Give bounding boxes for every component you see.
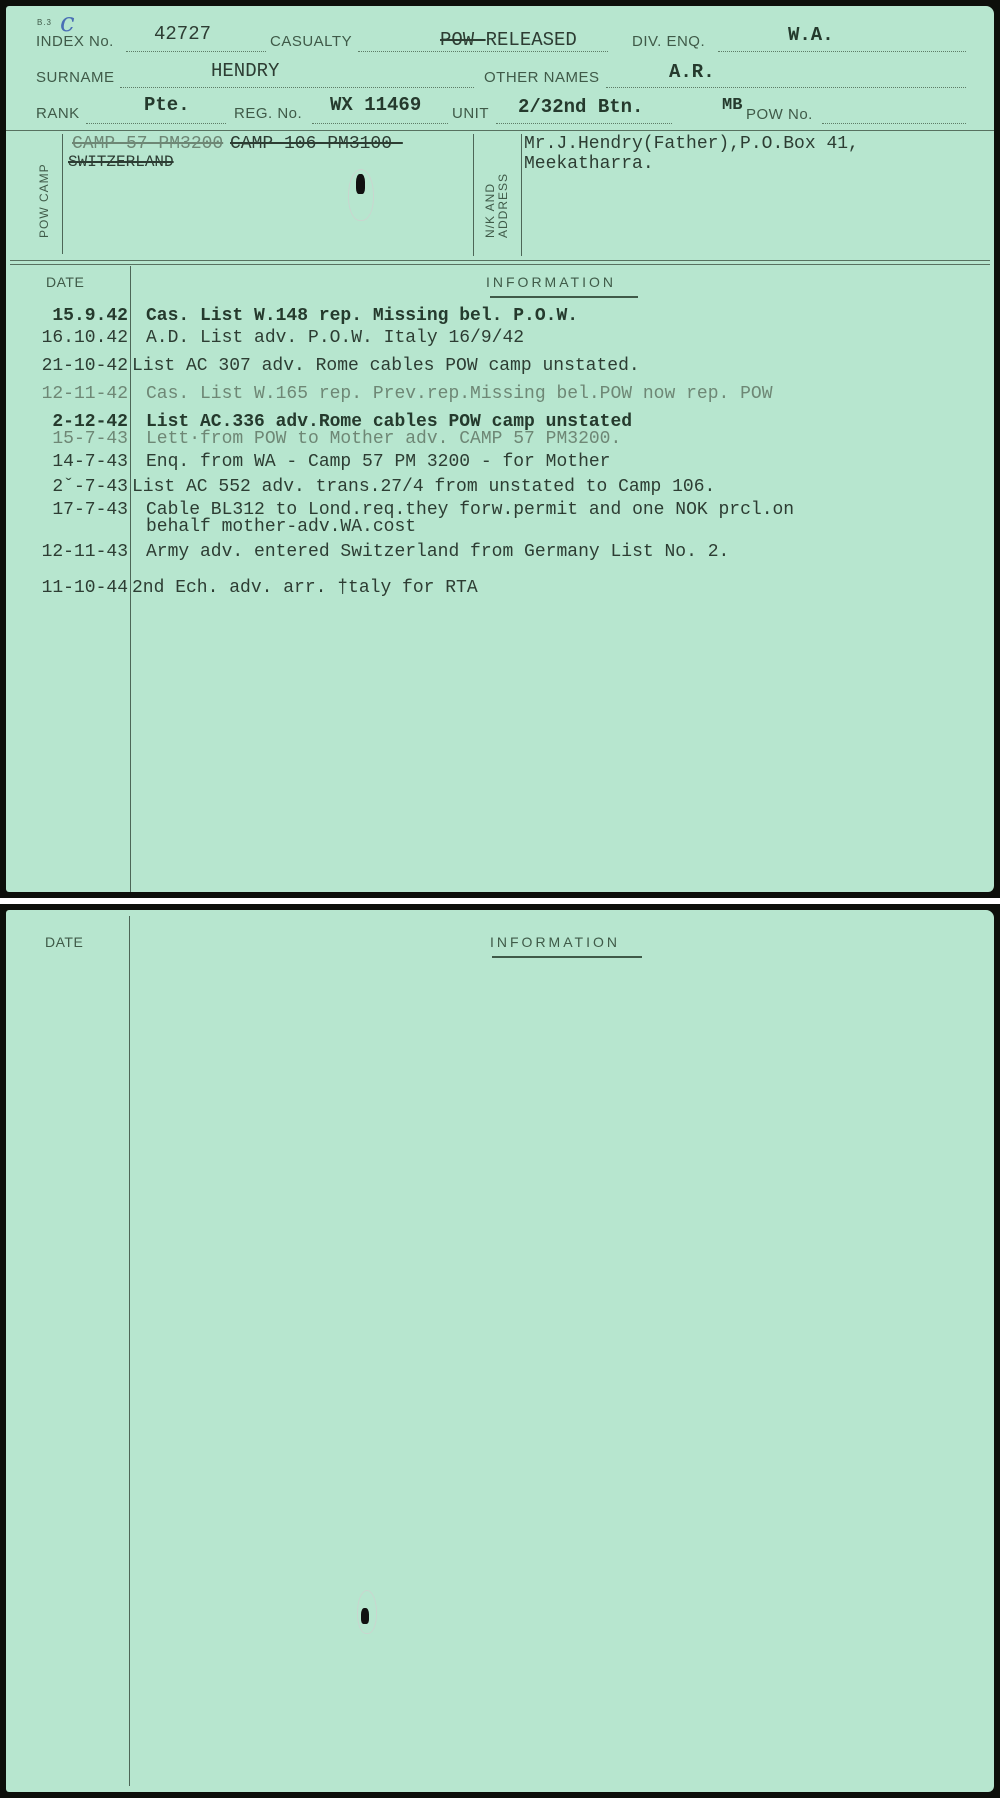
unit-line <box>496 123 672 124</box>
punch-hole <box>356 174 365 194</box>
rank-value: Pte. <box>144 94 190 116</box>
date-header: DATE <box>46 274 84 290</box>
back-punch-hole <box>361 1608 369 1624</box>
rank-line <box>86 123 226 124</box>
casualty-struck-value: POW- <box>440 29 486 51</box>
information-header: INFORMATION <box>486 274 616 290</box>
index-no-label: INDEX No. <box>36 33 114 50</box>
log-entry-date: 15.9.42 <box>6 306 128 326</box>
log-entry-date: 2ˇ-7-43 <box>6 477 128 497</box>
pow-camp-entry-2: CAMP-106-PM3100- <box>230 134 403 154</box>
log-entry-text: Cas. List W.148 rep. Missing bel. P.O.W. <box>146 306 578 326</box>
reg-no-line <box>312 123 448 124</box>
back-date-header: DATE <box>45 934 83 950</box>
surname-value: HENDRY <box>211 60 279 82</box>
log-entry-text: List AC 307 adv. Rome cables POW camp un… <box>132 356 640 376</box>
information-underline <box>490 296 638 298</box>
casualty-current-value: RELEASED <box>486 29 577 51</box>
surname-label: SURNAME <box>36 69 115 86</box>
record-card-back: DATE INFORMATION <box>0 904 1000 1798</box>
pow-camp-struck-1: CAMP-57-PM3200 <box>72 134 223 154</box>
log-entry-text: Enq. from WA - Camp 57 PM 3200 - for Mot… <box>146 452 610 472</box>
index-no-line <box>126 51 266 52</box>
card-front-surface: B.3 c INDEX No. 42727 CASUALTY POW-RELEA… <box>6 6 994 892</box>
log-entry-date: 16.10.42 <box>6 328 128 348</box>
reg-no-value: WX 11469 <box>330 94 421 116</box>
nok-address-line1: Mr.J.Hendry(Father),P.O.Box 41, <box>524 134 859 154</box>
pow-camp-struck-2: CAMP-106-PM3100- <box>230 134 403 154</box>
nok-label: N/K ANDADDRESS <box>484 173 510 238</box>
record-card-front: B.3 c INDEX No. 42727 CASUALTY POW-RELEA… <box>0 0 1000 898</box>
log-entry-date: 12-11-43 <box>6 542 128 562</box>
log-entry-text: A.D. List adv. P.O.W. Italy 16/9/42 <box>146 328 524 348</box>
date-column-divider <box>130 266 131 892</box>
pow-no-label: POW No. <box>746 106 813 123</box>
nok-label-line1: N/K AND <box>483 183 497 238</box>
log-entry-date: 14-7-43 <box>6 452 128 472</box>
log-entry-text: List AC 552 adv. trans.27/4 from unstate… <box>132 477 715 497</box>
unit-value: 2/32nd Btn. <box>518 96 643 118</box>
index-no-value: 42727 <box>154 23 211 45</box>
header-divider <box>6 130 994 131</box>
log-entry-date: 21-10-42 <box>6 356 128 376</box>
div-enq-value: W.A. <box>788 24 834 46</box>
reg-no-label: REG. No. <box>234 105 302 122</box>
back-date-column-divider <box>129 916 130 1786</box>
unit-suffix: MB <box>722 96 742 115</box>
back-information-underline <box>492 956 642 958</box>
casualty-line <box>358 51 608 52</box>
casualty-label: CASUALTY <box>270 33 352 50</box>
other-names-line <box>606 87 966 88</box>
nok-right-divider <box>521 134 522 256</box>
log-divider-bottom <box>10 264 990 265</box>
pow-camp-left-divider <box>62 134 63 254</box>
nok-left-divider <box>473 134 474 256</box>
log-entry-date: 12-11-42 <box>6 384 128 404</box>
div-enq-line <box>718 51 966 52</box>
pow-camp-entry-1: CAMP-57-PM3200 <box>72 134 223 154</box>
back-information-header: INFORMATION <box>490 934 620 950</box>
log-entry-text: 2nd Ech. adv. arr. †taly for RTA <box>132 578 478 598</box>
surname-line <box>120 87 474 88</box>
log-entry-text: Cas. List W.165 rep. Prev.rep.Missing be… <box>146 384 773 404</box>
casualty-value: POW-RELEASED <box>440 29 577 51</box>
other-names-value: A.R. <box>669 61 715 83</box>
log-entry-date: 11-10-44 <box>6 578 128 598</box>
div-enq-label: DIV. ENQ. <box>632 33 705 50</box>
form-code: B.3 <box>37 18 52 27</box>
pow-no-line <box>822 123 966 124</box>
rank-label: RANK <box>36 105 80 122</box>
card-back-surface: DATE INFORMATION <box>6 910 994 1792</box>
log-entry-date: 15-7-43 <box>6 429 128 449</box>
pow-camp-entry-3: SWITZERLAND <box>68 153 174 171</box>
log-entry-text: Army adv. entered Switzerland from Germa… <box>146 542 729 562</box>
unit-label: UNIT <box>452 105 489 122</box>
log-entry-text-continued: behalf mother-adv.WA.cost <box>146 517 416 537</box>
log-entry-text: Lett·from POW to Mother adv. CAMP 57 PM3… <box>146 429 621 449</box>
pow-camp-struck-3: SWITZERLAND <box>68 153 174 171</box>
nok-label-line2: ADDRESS <box>496 173 510 238</box>
log-entry-date: 17-7-43 <box>6 500 128 520</box>
nok-address-line2: Meekatharra. <box>524 154 654 174</box>
pow-camp-label: POW CAMP <box>37 163 51 238</box>
other-names-label: OTHER NAMES <box>484 69 600 86</box>
log-divider-top <box>10 260 990 261</box>
